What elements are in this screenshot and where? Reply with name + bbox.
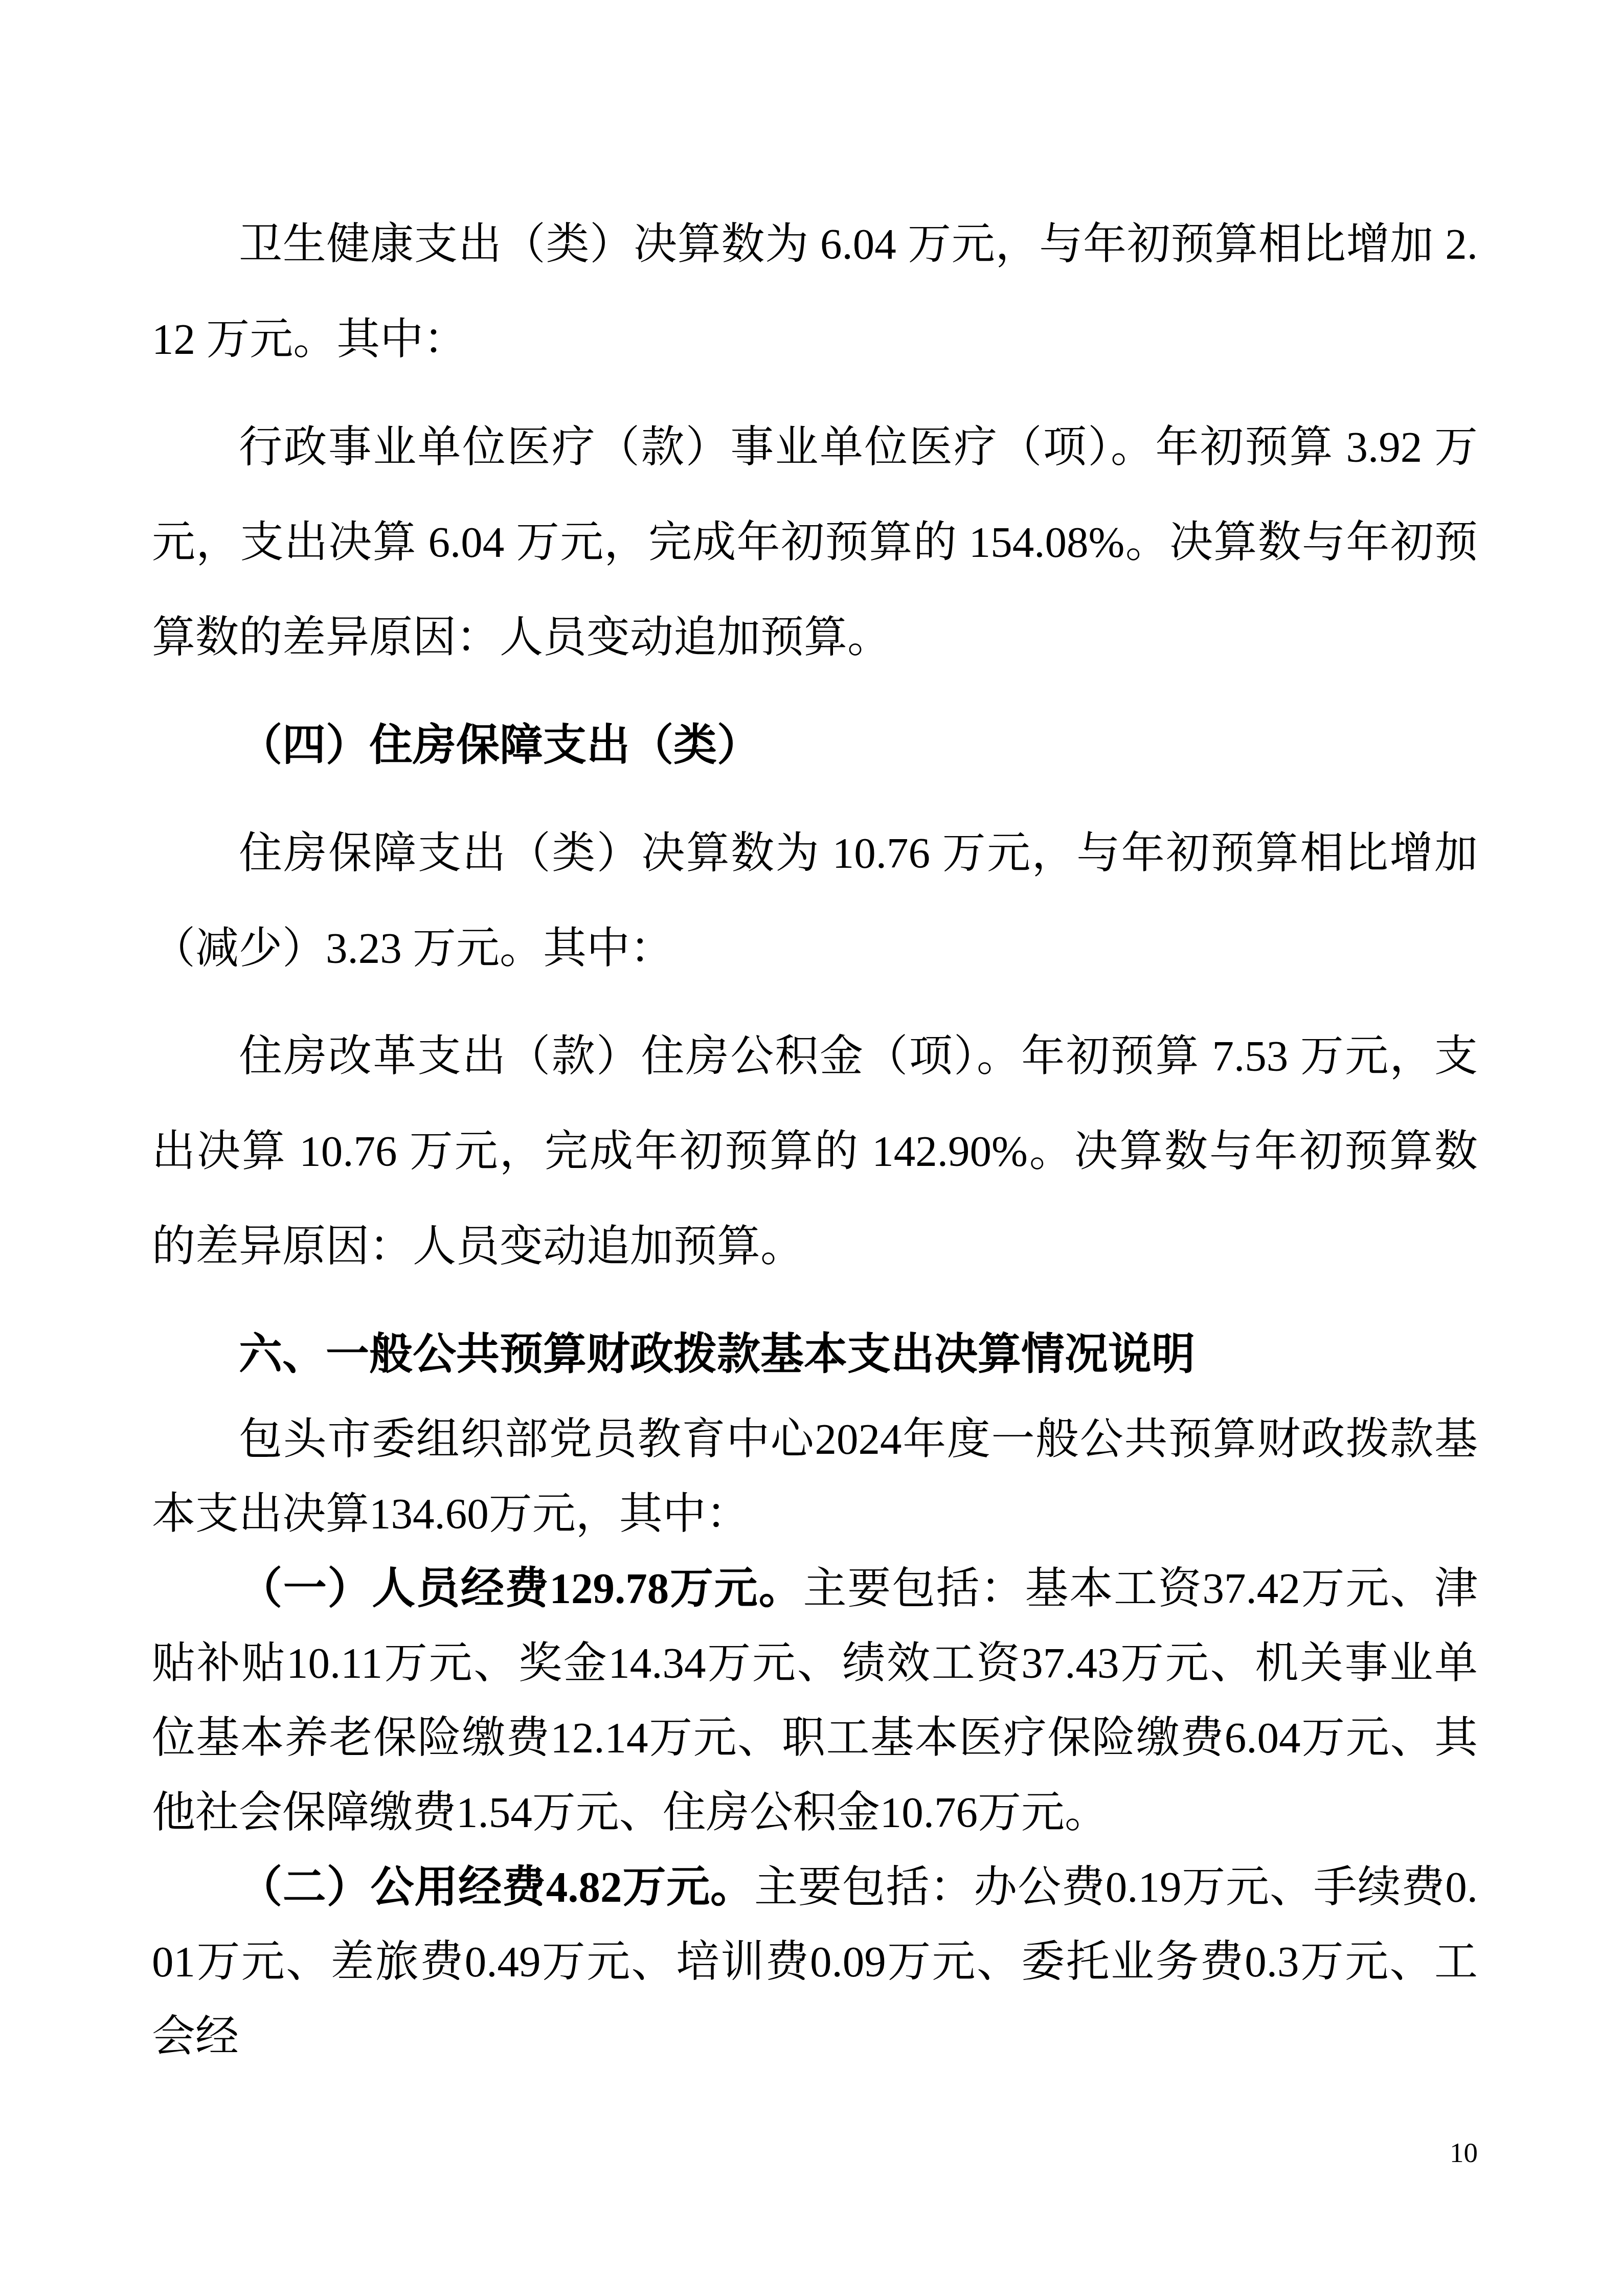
paragraph-basic-expenditure-total: 包头市委组织部党员教育中心2024年度一般公共预算财政拨款基本支出决算134.6…: [152, 1402, 1478, 1551]
paragraph-health-expenditure-summary: 卫生健康支出（类）决算数为 6.04 万元，与年初预算相比增加 2.12 万元。…: [152, 197, 1478, 387]
document-content: 卫生健康支出（类）决算数为 6.04 万元，与年初预算相比增加 2.12 万元。…: [152, 197, 1478, 2074]
document-page: 卫生健康支出（类）决算数为 6.04 万元，与年初预算相比增加 2.12 万元。…: [0, 0, 1623, 2296]
personnel-funds-lead: （一）人员经费129.78万元。: [239, 1565, 803, 1613]
paragraph-housing-reform-item: 住房改革支出（款）住房公积金（项）。年初预算 7.53 万元，支出决算 10.7…: [152, 1009, 1478, 1294]
paragraph-public-funds: （二）公用经费4.82万元。主要包括：办公费0.19万元、手续费0.01万元、差…: [152, 1850, 1478, 2074]
paragraph-personnel-funds: （一）人员经费129.78万元。主要包括：基本工资37.42万元、津贴补贴10.…: [152, 1551, 1478, 1850]
public-funds-lead: （二）公用经费4.82万元。: [239, 1863, 754, 1911]
heading-housing-security-expenditure: （四）住房保障支出（类）: [152, 698, 1478, 793]
paragraph-administrative-medical-item: 行政事业单位医疗（款）事业单位医疗（项）。年初预算 3.92 万元，支出决算 6…: [152, 400, 1478, 685]
heading-section-six-basic-expenditure: 六、一般公共预算财政拨款基本支出决算情况说明: [152, 1307, 1478, 1402]
page-number: 10: [1450, 2137, 1478, 2168]
paragraph-housing-security-summary: 住房保障支出（类）决算数为 10.76 万元，与年初预算相比增加（减少）3.23…: [152, 806, 1478, 996]
